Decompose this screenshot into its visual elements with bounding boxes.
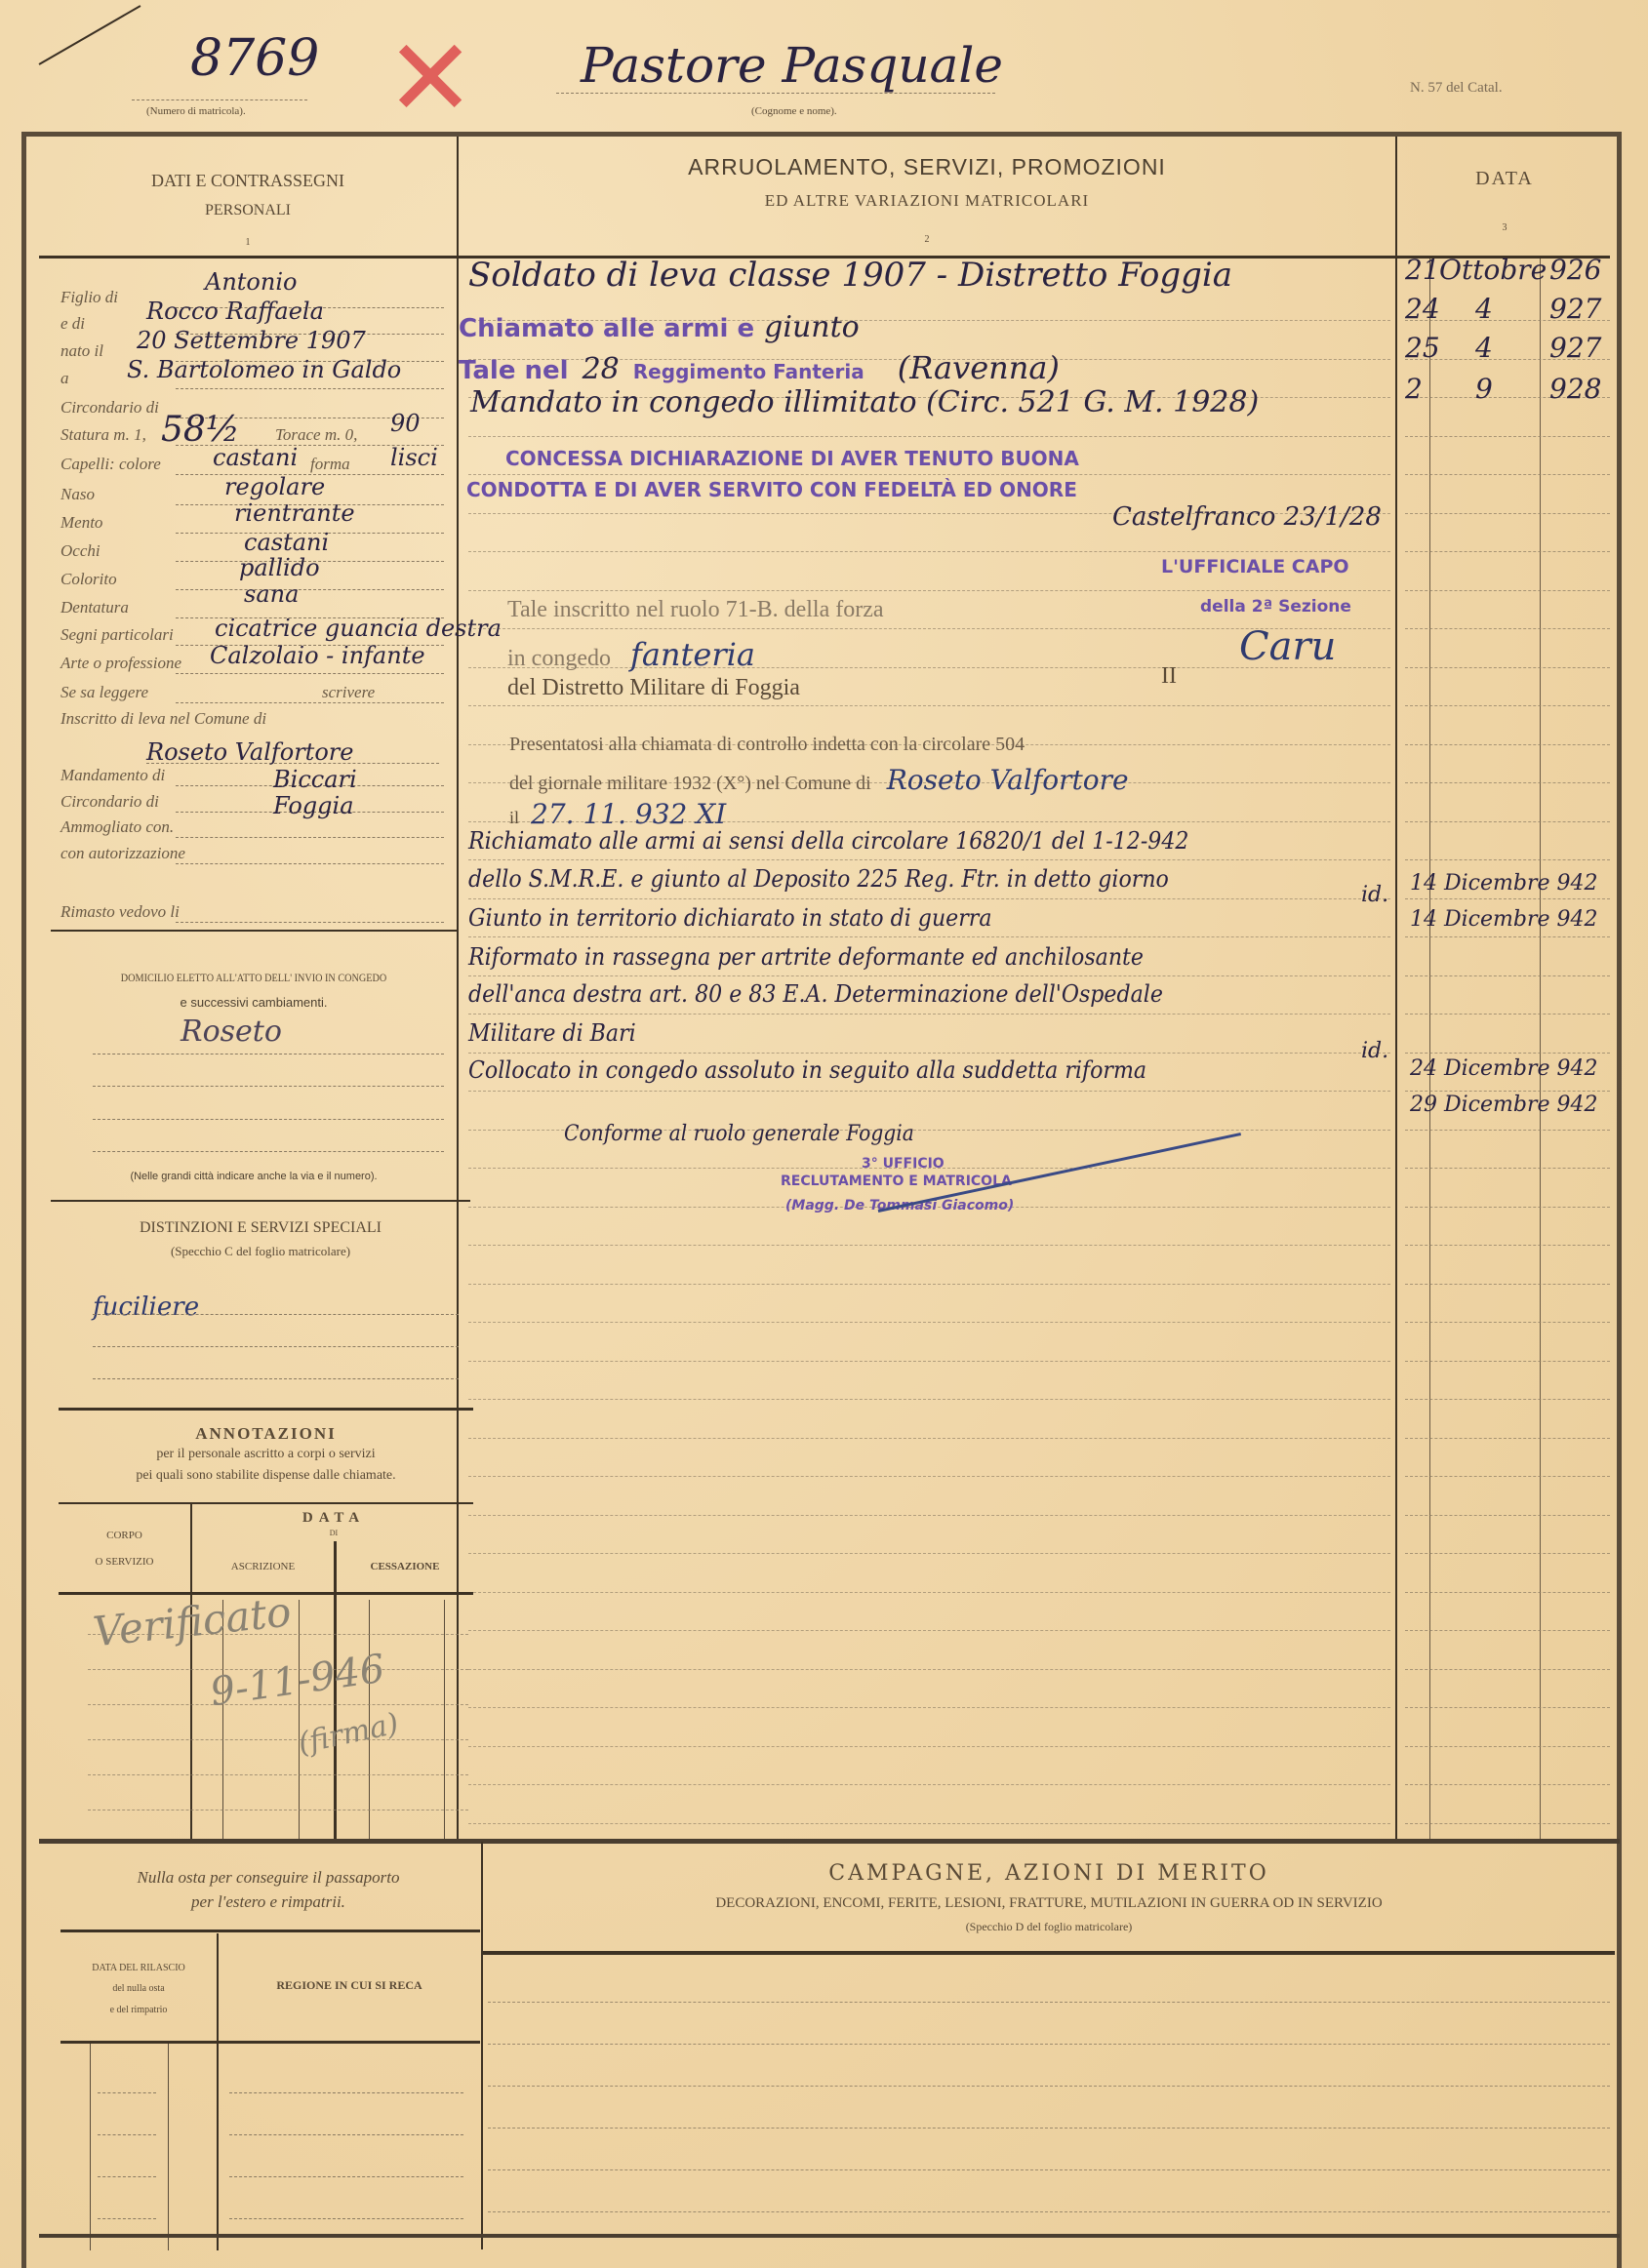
presentatosi-hand: Roseto Valfortore — [887, 764, 1129, 796]
annot-corpo: CORPO — [59, 1530, 190, 1541]
ruled-line — [468, 1053, 1390, 1054]
field-label: Mandamento di — [60, 766, 165, 785]
date-ruled-line — [1405, 1130, 1610, 1131]
ruolo-hand: fanteria — [630, 636, 755, 673]
field-value: Antonio — [205, 268, 297, 296]
ruled-line — [468, 1245, 1390, 1246]
ruled-line — [468, 1014, 1390, 1015]
passport-line — [229, 2176, 463, 2177]
domicilio-value: Roseto — [181, 1015, 282, 1049]
annot-subcol — [299, 1600, 300, 1839]
passport-separator — [60, 1930, 480, 1932]
passport-title: Nulla osta per conseguire il passaporto — [59, 1868, 478, 1888]
date-ruled-line — [1405, 1014, 1610, 1015]
field-label: Circondario di — [60, 792, 159, 812]
field-value: castani — [213, 444, 298, 471]
entry-2-stamp: Chiamato alle armi e — [459, 314, 754, 343]
field-value: Rocco Raffaela — [146, 298, 324, 325]
date-ruled-line — [1405, 1399, 1610, 1400]
campagne-title: CAMPAGNE, AZIONI DI MERITO — [483, 1861, 1615, 1886]
date-day: 21 — [1405, 254, 1440, 286]
ruled-line — [468, 1746, 1390, 1747]
ww2-entry: Conforme al ruolo generale Foggia — [564, 1122, 914, 1146]
entry-3-num: 28 — [583, 352, 620, 386]
date-ruled-line — [1405, 1476, 1610, 1477]
ruled-line — [468, 1669, 1390, 1670]
ruled-line — [468, 1438, 1390, 1439]
field-label: Circondario di — [60, 398, 159, 418]
field-line — [176, 702, 444, 703]
field-label: Segni particolari — [60, 625, 174, 645]
ww2-date: 14 Dicembre 942 — [1410, 907, 1597, 932]
concessa-sign: Castelfranco 23/1/28 — [1112, 502, 1382, 532]
date-day: 24 — [1405, 293, 1440, 325]
field-line — [176, 589, 444, 590]
field-label: Figlio di — [60, 288, 118, 307]
distinzioni-line — [93, 1314, 459, 1315]
domicilio-line — [93, 1119, 444, 1120]
col2-separator — [1395, 137, 1397, 1839]
passport-col1-3: e del rimpatrio — [60, 2005, 217, 2015]
entry-3: Tale nel 28 Reggimento Fanteria (Ravenna… — [459, 349, 1060, 386]
ruled-line — [468, 1476, 1390, 1477]
field-label: e di — [60, 314, 85, 334]
campagne-line — [488, 2169, 1610, 2170]
field-label: nato il — [60, 341, 103, 361]
field-value: cicatrice guancia destra — [215, 615, 502, 642]
date-ruled-line — [1405, 1322, 1610, 1323]
ww2-entry: Riformato in rassegna per artrite deform… — [468, 943, 1144, 971]
annot-di: DI — [192, 1529, 475, 1537]
annot-subcol — [444, 1600, 445, 1839]
ruolo-line-1: Tale inscritto nel ruolo 71-B. della for… — [507, 597, 884, 623]
entry-4: Mandato in congedo illimitato (Circ. 521… — [470, 385, 1259, 419]
officer-stamp: L'UFFICIALE CAPO — [1161, 556, 1349, 577]
date-ruled-line — [1405, 1284, 1610, 1285]
field-value: lisci — [390, 444, 438, 471]
date-ruled-line — [1405, 859, 1610, 860]
ruled-line — [468, 1515, 1390, 1516]
passport-line — [229, 2218, 463, 2219]
presentatosi-line-2: del giornale militare 1932 (X°) nel Comu… — [509, 764, 1129, 796]
date-ruled-line — [1405, 1207, 1610, 1208]
field-value: 20 Settembre 1907 — [137, 327, 366, 354]
field-value: Roseto Valfortore — [146, 738, 353, 766]
domicilio-subtitle: e successivi cambiamenti. — [51, 995, 457, 1010]
ruled-line — [468, 1592, 1390, 1593]
col3-number: 3 — [1397, 222, 1612, 233]
presentatosi-line-3: il 27. 11. 932 XI — [509, 798, 726, 830]
date-ruled-line — [1405, 628, 1610, 629]
field-value: sana — [244, 580, 299, 608]
domicilio-note: (Nelle grandi città indicare anche la vi… — [51, 1171, 457, 1182]
presentatosi-prefix: il — [509, 808, 519, 827]
field-label: a — [60, 369, 69, 388]
campagne-separator — [483, 1951, 1615, 1955]
annot-line — [88, 1739, 468, 1740]
date-ruled-line — [1405, 1630, 1610, 1631]
campagne-note: (Specchio D del foglio matricolare) — [483, 1920, 1615, 1934]
field-label: forma — [310, 455, 350, 474]
field-value: Calzolaio - infante — [210, 642, 425, 669]
field-value: regolare — [224, 473, 325, 500]
passport-col1-2: del nulla osta — [60, 1983, 217, 1994]
ruled-line — [468, 1784, 1390, 1785]
ww2-date: 29 Dicembre 942 — [1410, 1093, 1597, 1117]
field-label: Naso — [60, 485, 95, 504]
bottom-section-separator — [39, 1839, 1620, 1844]
date-ruled-line — [1405, 705, 1610, 706]
field-label: scrivere — [322, 683, 375, 702]
ww2-entry: dell'anca destra art. 80 e 83 E.A. Deter… — [468, 980, 1163, 1008]
office-stamp-2: RECLUTAMENTO E MATRICOLA — [781, 1174, 1012, 1189]
date-month: Ottobre — [1439, 254, 1547, 286]
col1-separator — [457, 137, 459, 1839]
passport-header-bottom — [60, 2041, 480, 2044]
domicilio-line — [93, 1151, 444, 1152]
matricola-caption: (Numero di matricola). — [146, 105, 246, 117]
passport-line — [98, 2218, 156, 2219]
date-ruled-line — [1405, 1746, 1610, 1747]
presentatosi-line-1: Presentatosi alla chiamata di controllo … — [509, 734, 1025, 756]
entry-3-stamp: Tale nel — [459, 356, 569, 385]
col1-title-2: PERSONALI — [39, 202, 457, 219]
annotazioni-sub1: per il personale ascritto a corpi o serv… — [59, 1447, 473, 1462]
concessa-stamp-1: CONCESSA DICHIARAZIONE DI AVER TENUTO BU… — [505, 447, 1079, 470]
campagne-subtitle: DECORAZIONI, ENCOMI, FERITE, LESIONI, FR… — [483, 1895, 1615, 1912]
ruolo-signature: Caru — [1239, 624, 1336, 669]
field-label: Capelli: colore — [60, 455, 161, 474]
name-caption: (Cognome e nome). — [751, 105, 837, 117]
annot-line — [88, 1774, 468, 1775]
campagne-line — [488, 2211, 1610, 2212]
annotazioni-title: ANNOTAZIONI — [59, 1424, 473, 1444]
annot-cessazione: CESSAZIONE — [337, 1561, 473, 1572]
entry-1: Soldato di leva classe 1907 - Distretto … — [468, 256, 1232, 295]
ruled-line — [468, 1284, 1390, 1285]
col2-number: 2 — [459, 234, 1395, 245]
office-stamp-1: 3° UFFICIO — [862, 1156, 945, 1172]
field-label: Rimasto vedovo li — [60, 902, 180, 922]
date-ruled-line — [1405, 1091, 1610, 1092]
distinzioni-line — [93, 1378, 459, 1379]
ruled-line — [468, 975, 1390, 976]
ww2-entry: Collocato in congedo assoluto in seguito… — [468, 1056, 1146, 1084]
date-ruled-line — [1405, 1053, 1610, 1054]
name-line — [556, 93, 995, 94]
distinzioni-value: fuciliere — [93, 1293, 199, 1322]
field-label: Statura m. 1, — [60, 425, 146, 445]
concessa-stamp-2: CONDOTTA E DI AVER SERVITO CON FEDELTÀ E… — [466, 478, 1077, 501]
date-year: 927 — [1549, 332, 1601, 364]
ruled-line — [468, 590, 1390, 591]
campagne-line — [488, 2002, 1610, 2003]
campagne-line — [488, 2044, 1610, 2045]
ruled-line — [468, 436, 1390, 437]
col1-number: 1 — [39, 237, 457, 248]
date-ruled-line — [1405, 551, 1610, 552]
annot-table-top — [59, 1502, 473, 1504]
ruled-line — [468, 705, 1390, 706]
ruolo-line-3: del Distretto Militare di Foggia — [507, 675, 800, 701]
ruled-line — [468, 1091, 1390, 1092]
date-ruled-line — [1405, 1592, 1610, 1593]
field-label: Ammogliato con. — [60, 817, 174, 837]
ww2-entry: dello S.M.R.E. e giunto al Deposito 225 … — [468, 865, 1169, 893]
domicilio-title: DOMICILIO ELETTO ALL'ATTO DELL' INVIO IN… — [81, 971, 426, 985]
passport-title-2: per l'estero e rimpatrii. — [59, 1892, 478, 1912]
date-ruled-line — [1405, 1168, 1610, 1169]
entry-3-stamp2: Reggimento Fanteria — [633, 360, 864, 383]
field-value: pallido — [239, 554, 320, 581]
presentatosi-date: 27. 11. 932 XI — [531, 798, 726, 830]
date-ruled-line — [1405, 667, 1610, 668]
field-value: Foggia — [273, 792, 354, 819]
field-label: Colorito — [60, 570, 117, 589]
ruled-line — [468, 1823, 1390, 1824]
annot-data: DATA — [192, 1510, 475, 1527]
ww2-mark: id. — [1361, 883, 1388, 907]
entry-3-hand: (Ravenna) — [898, 349, 1060, 386]
date-ruled-line — [1405, 1823, 1610, 1824]
passport-subcol — [90, 2044, 91, 2250]
annot-ascrizione: ASCRIZIONE — [192, 1561, 334, 1572]
col2-title: ARRUOLAMENTO, SERVIZI, PROMOZIONI — [459, 154, 1395, 180]
pen-stroke — [39, 5, 141, 65]
matricola-number: 8769 — [190, 29, 319, 88]
ruled-line — [468, 474, 1390, 475]
ruled-line — [468, 1707, 1390, 1708]
field-label: Inscritto di leva nel Comune di — [60, 709, 266, 729]
annot-line — [88, 1810, 468, 1810]
ruled-line — [468, 936, 1390, 937]
field-label: Occhi — [60, 541, 100, 561]
date-ruled-line — [1405, 936, 1610, 937]
date-ruled-line — [1405, 1553, 1610, 1554]
ww2-entry: Richiamato alle armi ai sensi della circ… — [468, 827, 1188, 855]
date-year: 928 — [1549, 373, 1601, 405]
date-ruled-line — [1405, 1245, 1610, 1246]
field-value: S. Bartolomeo in Galdo — [127, 356, 401, 383]
date-ruled-line — [1405, 782, 1610, 783]
ruolo-print: in congedo — [507, 646, 611, 671]
date-ruled-line — [1405, 1784, 1610, 1785]
entry-2: Chiamato alle armi e giunto — [459, 310, 860, 344]
annotazioni-separator — [59, 1408, 473, 1411]
annotazioni-sub2: pei quali sono stabilite dispense dalle … — [59, 1468, 473, 1484]
passport-col1: DATA DEL RILASCIO — [60, 1963, 217, 1973]
col3-title: DATA — [1397, 168, 1612, 190]
field-label: Torace m. 0, — [275, 425, 357, 445]
field-line — [176, 837, 444, 838]
matricola-line — [132, 99, 307, 100]
annot-col-div — [190, 1504, 192, 1841]
distinzioni-line — [93, 1346, 459, 1347]
ww2-date: 14 Dicembre 942 — [1410, 871, 1597, 895]
distinzioni-title: DISTINZIONI E SERVIZI SPECIALI — [51, 1219, 470, 1237]
field-value: Biccari — [273, 766, 357, 793]
ww2-mark: id. — [1361, 1039, 1388, 1063]
date-ruled-line — [1405, 436, 1610, 437]
domicilio-line — [93, 1086, 444, 1087]
distinzioni-subtitle: (Specchio C del foglio matricolare) — [51, 1244, 470, 1259]
col3-day-divider — [1429, 259, 1430, 1839]
field-line — [176, 922, 444, 923]
field-value: rientrante — [234, 499, 355, 527]
ww2-date: 24 Dicembre 942 — [1410, 1056, 1597, 1081]
ruled-line — [468, 859, 1390, 860]
field-value: 90 — [390, 410, 421, 437]
field-line — [176, 673, 444, 674]
campagne-line — [488, 2128, 1610, 2129]
ruled-line — [468, 1553, 1390, 1554]
col2-title-2: ED ALTRE VARIAZIONI MATRICOLARI — [459, 191, 1395, 211]
field-line — [176, 388, 444, 389]
date-ruled-line — [1405, 1515, 1610, 1516]
surname-name: Pastore Pasquale — [581, 37, 1003, 94]
domicilio-line — [93, 1054, 444, 1054]
col1-title: DATI E CONTRASSEGNI — [39, 171, 457, 191]
passport-line — [98, 2134, 156, 2135]
ruled-line — [468, 1322, 1390, 1323]
date-year: 926 — [1549, 254, 1601, 286]
field-label: Arte o professione — [60, 654, 181, 673]
entry-2-hand: giunto — [764, 310, 860, 344]
field-label: Se sa leggere — [60, 683, 148, 702]
ruled-line — [468, 1630, 1390, 1631]
ruled-line — [468, 551, 1390, 552]
passport-line — [229, 2134, 463, 2135]
date-month: 4 — [1475, 293, 1493, 325]
catalog-ref: N. 57 del Catal. — [1410, 80, 1503, 97]
field-label: con autorizzazione — [60, 844, 185, 863]
date-ruled-line — [1405, 513, 1610, 514]
date-ruled-line — [1405, 975, 1610, 976]
officer-stamp-2: della 2ª Sezione — [1200, 597, 1351, 617]
passport-line — [98, 2092, 156, 2093]
date-ruled-line — [1405, 1669, 1610, 1670]
ruolo-line-2: in congedo fanteria — [507, 636, 755, 673]
presentatosi-print: del giornale militare 1932 (X°) nel Comu… — [509, 773, 871, 794]
col3-month-divider — [1540, 259, 1541, 1839]
ruolo-mark: II — [1161, 663, 1177, 690]
field-value: castani — [244, 529, 329, 556]
passport-line — [98, 2176, 156, 2177]
date-ruled-line — [1405, 744, 1610, 745]
date-ruled-line — [1405, 898, 1610, 899]
date-day: 25 — [1405, 332, 1440, 364]
date-ruled-line — [1405, 1707, 1610, 1708]
passport-subcol — [168, 2044, 169, 2250]
ruled-line — [468, 1399, 1390, 1400]
date-month: 4 — [1475, 332, 1493, 364]
field-label: Dentatura — [60, 598, 129, 617]
bottom-border — [39, 2234, 1620, 2238]
annot-servizio: O SERVIZIO — [59, 1556, 190, 1568]
date-ruled-line — [1405, 821, 1610, 822]
red-x-mark: ✕ — [385, 24, 475, 132]
domicilio-separator — [51, 930, 457, 932]
ruled-line — [468, 1361, 1390, 1362]
date-month: 9 — [1475, 373, 1493, 405]
ruled-line — [468, 898, 1390, 899]
ww2-entry: Giunto in territorio dichiarato in stato… — [468, 904, 992, 932]
distinzioni-separator — [51, 1200, 470, 1202]
date-ruled-line — [1405, 1361, 1610, 1362]
date-ruled-line — [1405, 1438, 1610, 1439]
date-ruled-line — [1405, 474, 1610, 475]
passport-line — [229, 2092, 463, 2093]
field-line — [176, 863, 444, 864]
date-year: 927 — [1549, 293, 1601, 325]
campagne-line — [488, 2086, 1610, 2087]
ww2-entry: Militare di Bari — [468, 1019, 636, 1047]
date-day: 2 — [1405, 373, 1423, 405]
passport-col2: REGIONE IN CUI SI RECA — [219, 1978, 480, 1993]
field-label: Mento — [60, 513, 102, 533]
date-ruled-line — [1405, 590, 1610, 591]
